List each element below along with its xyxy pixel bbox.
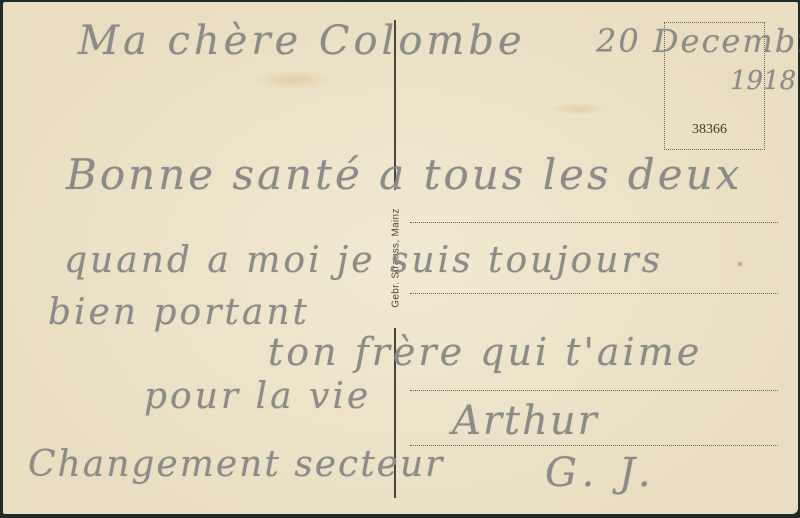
address-line-2 <box>410 293 778 294</box>
handwritten-line-4: ton frère qui t'aime <box>268 330 702 374</box>
handwritten-salutation: Ma chère Colombe <box>78 18 526 64</box>
handwritten-year: 1918 <box>730 66 796 96</box>
address-line-4 <box>410 445 778 446</box>
address-line-1 <box>410 222 778 223</box>
handwritten-initials: G. J. <box>545 450 657 496</box>
card-serial-number: 38366 <box>692 122 727 138</box>
handwritten-line-1: Bonne santé a tous les deux <box>66 150 742 199</box>
handwritten-line-2: quand a moi je suis toujours <box>64 240 663 281</box>
handwritten-line-6: Changement secteur <box>28 444 444 485</box>
handwritten-date: 20 Decembre <box>596 22 800 60</box>
address-line-3 <box>410 390 778 391</box>
handwritten-line-5: pour la vie <box>144 376 371 417</box>
handwritten-line-3: bien portant <box>48 292 310 333</box>
handwritten-signature: Arthur <box>452 398 599 444</box>
